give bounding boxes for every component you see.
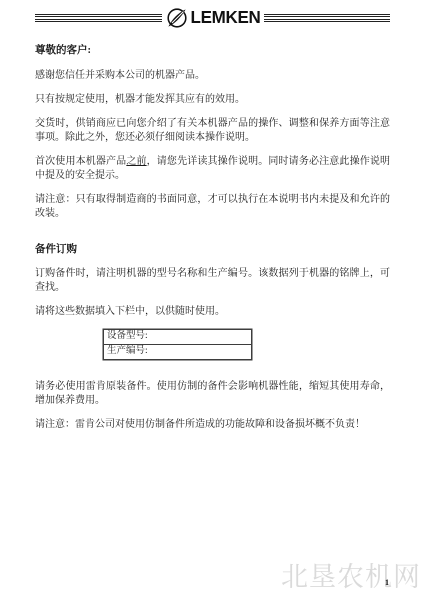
lemken-logo: LEMKEN <box>166 7 261 29</box>
first-use-underlined: 之前 <box>126 156 146 167</box>
watermark: 北垦农机网 <box>281 555 421 594</box>
greeting-heading: 尊敬的客户: <box>35 44 390 58</box>
paragraph-thanks: 感谢您信任并采购本公司的机器产品。 <box>35 69 390 83</box>
first-use-pre: 首次使用本机器产品 <box>35 156 126 167</box>
lemken-leaf-icon <box>166 7 188 29</box>
paragraph-order-info: 订购备件时，请注明机器的型号名称和生产编号。该数据列于机器的铭牌上，可查找。 <box>35 267 390 295</box>
paragraph-liability: 请注意：雷肯公司对使用仿制备件所造成的功能故障和设备损坏概不负责！ <box>35 418 390 432</box>
table-row: 生产编号: <box>104 345 252 360</box>
header-rules-left <box>35 14 162 22</box>
serial-number-label: 生产编号: <box>107 346 148 356</box>
page-number: 1 <box>385 578 389 587</box>
machine-id-table: 设备型号: 生产编号: <box>103 329 252 360</box>
manual-page: LEMKEN 尊敬的客户: 感谢您信任并采购本公司的机器产品。 只有按规定使用，… <box>0 0 423 600</box>
device-model-label: 设备型号: <box>107 331 148 341</box>
paragraph-notice-modification: 请注意：只有取得制造商的书面同意，才可以执行在本说明书内未提及和允许的改装。 <box>35 193 390 221</box>
paragraph-original-parts: 请务必使用雷肯原装备件。使用仿制的备件会影响机器性能，缩短其使用寿命，增加保养费… <box>35 380 390 408</box>
paragraph-delivery: 交货时，供销商应已向您介绍了有关本机器产品的操作、调整和保养方面等注意事项。除此… <box>35 117 390 145</box>
paragraph-fill-in: 请将这些数据填入下栏中，以供随时使用。 <box>35 305 390 319</box>
paragraph-first-use: 首次使用本机器产品之前，请您先详读其操作说明。同时请务必注意此操作说明中提及的安… <box>35 155 390 183</box>
table-row: 设备型号: <box>104 330 252 345</box>
page-header: LEMKEN <box>35 6 390 30</box>
brand-wordmark: LEMKEN <box>191 8 261 29</box>
spare-parts-heading: 备件订购 <box>35 243 390 257</box>
page-content: 尊敬的客户: 感谢您信任并采购本公司的机器产品。 只有按规定使用，机器才能发挥其… <box>35 44 390 442</box>
paragraph-proper-use: 只有按规定使用，机器才能发挥其应有的效用。 <box>35 93 390 107</box>
header-rules-right <box>264 14 391 22</box>
